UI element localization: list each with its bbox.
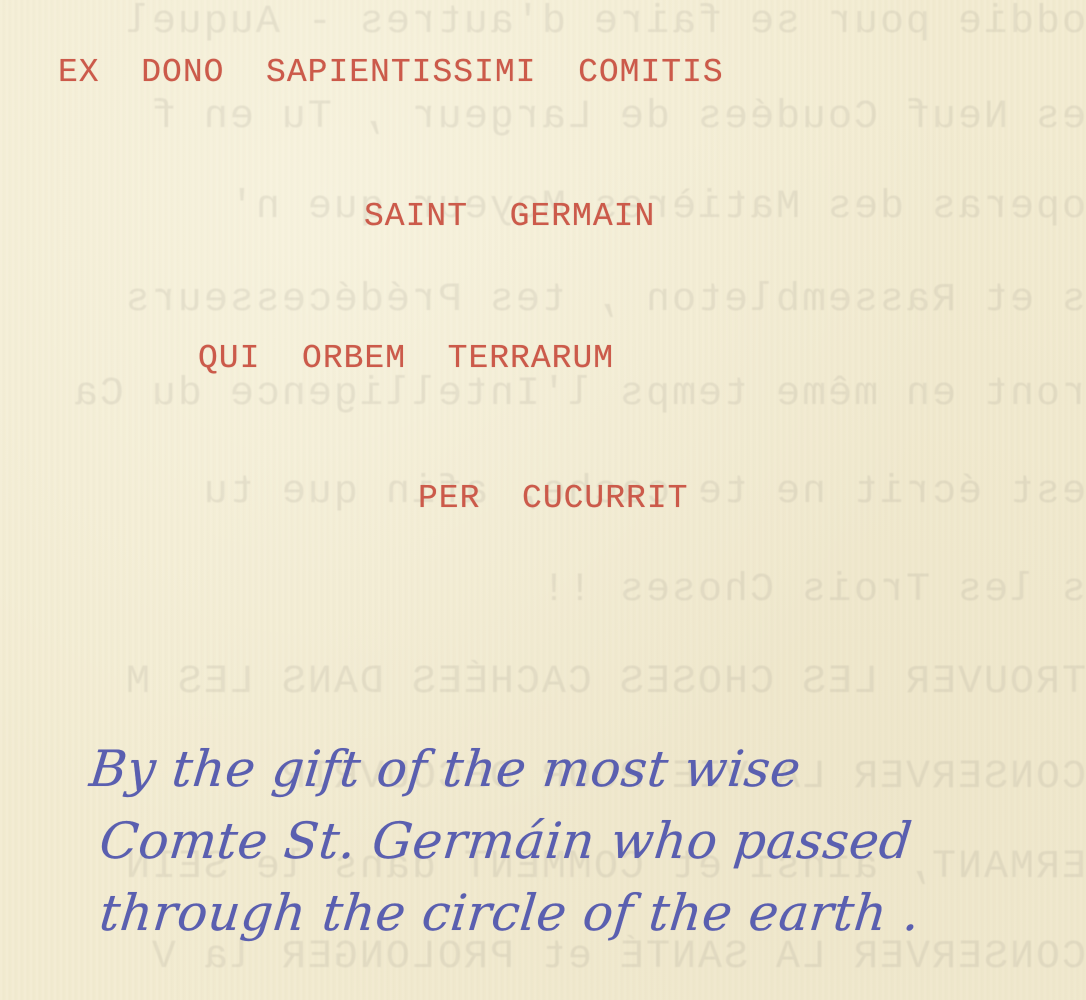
typed-line-ex-dono: EX DONO SAPIENTISSIMI COMITIS <box>58 54 724 91</box>
handwritten-line-2: Comte St. Germáin who passed <box>97 812 915 870</box>
bleed-through-line: s les Trois Choses !! <box>0 568 1086 613</box>
bleed-through-line: TROUVER LES CHOSES CACHÉES DANS LES M <box>0 660 1086 705</box>
handwritten-line-1: By the gift of the most wise <box>87 740 804 798</box>
bleed-through-line: oddie pour se faire d'autres - Auquel <box>0 0 1086 45</box>
handwritten-line-3: through the circle of the earth . <box>97 884 923 942</box>
typed-line-per-cucurrit: PER CUCURRIT <box>418 480 688 517</box>
typed-line-qui-orbem: QUI ORBEM TERRARUM <box>198 340 614 377</box>
bleed-through-line: ront en même temps l'Intelligence du Ca <box>0 372 1086 417</box>
bleed-through-line: s et Rassembleton , tes Prédécesseurs <box>0 278 1086 323</box>
typed-line-saint-germain: SAINT GERMAIN <box>364 198 655 235</box>
bleed-through-line: es Neuf Coudées de Largeur , Tu en f <box>0 95 1086 140</box>
